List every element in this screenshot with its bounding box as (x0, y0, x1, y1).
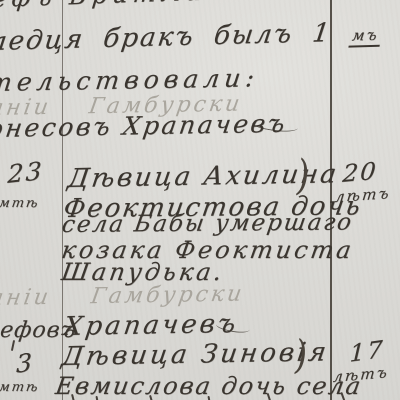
entry1-margin-number: 23 (7, 156, 44, 189)
surname-line-1: онесовъ Храпачевъ (0, 109, 289, 143)
entry2-age-value: 17 (349, 335, 385, 368)
entry1-margin-word: мтѣ (0, 196, 41, 211)
surname-line-2: Храпачевъ (62, 309, 241, 342)
manuscript-register-scan: ефъ Бритми ледця бракъ былъ 1 мъ тельств… (0, 0, 400, 400)
entry1-age-value: 20 (342, 157, 379, 188)
entry1-age-unit: лѣтъ (334, 184, 391, 206)
faint-surname-line-2: аніи Гамбурски (0, 282, 246, 311)
entry2-line-1: Дѣвица Зиновія (60, 337, 331, 372)
marriage-line-text: ледця бракъ былъ 1 (0, 18, 333, 57)
entry2-margin-word: мтѣ (0, 380, 41, 395)
entry2-age-unit: лѣтъ (332, 363, 389, 386)
marriage-superscript: мъ (349, 26, 382, 48)
entry2-margin-number: 3 (16, 348, 34, 379)
top-cut-line: ефъ Бритми (0, 0, 208, 13)
entry1-line-3: села Бабы умершаго (60, 209, 355, 238)
marriage-line: ледця бракъ былъ 1 мъ (0, 17, 383, 57)
